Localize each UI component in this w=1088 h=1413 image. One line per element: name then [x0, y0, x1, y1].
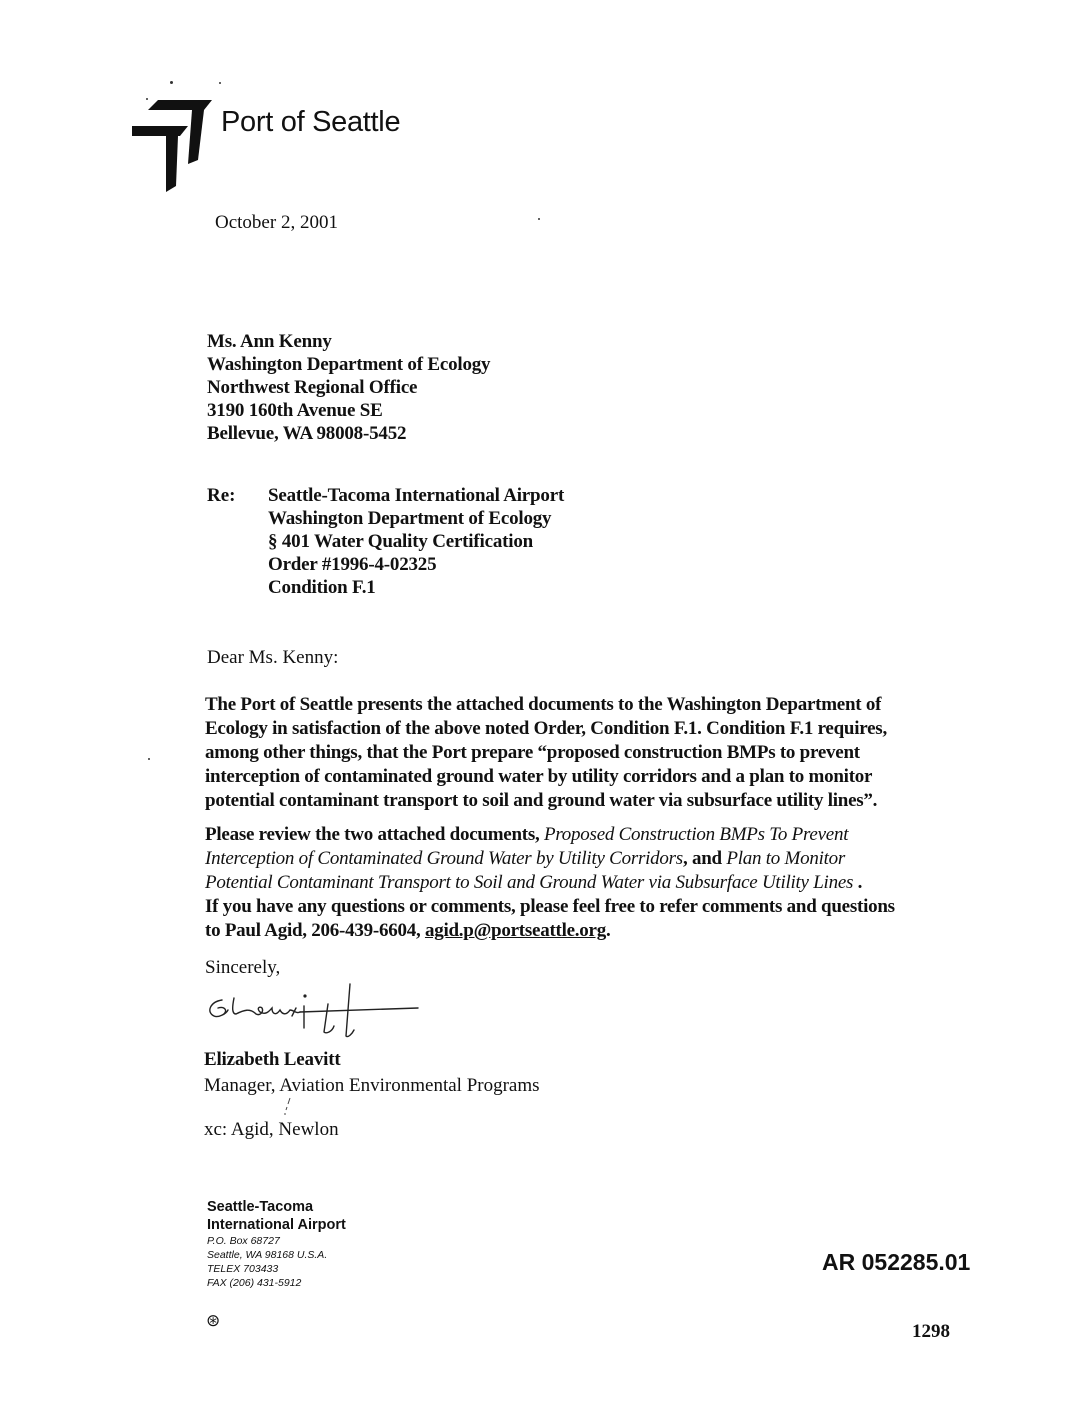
document-title: Interception of Contaminated Ground Wate… — [205, 848, 683, 869]
body-paragraph-2: Please review the two attached documents… — [205, 823, 935, 943]
body-line: Potential Contaminant Transport to Soil … — [205, 871, 935, 895]
stray-mark-icon — [282, 1096, 294, 1116]
document-title: Proposed Construction BMPs To Prevent — [544, 824, 848, 845]
subject-label: Re: — [207, 484, 235, 507]
body-text: to Paul Agid, 206-439-6604, — [205, 920, 425, 941]
footer-address-line: P.O. Box 68727 — [207, 1234, 346, 1248]
scan-speck — [219, 82, 221, 84]
signature-icon — [200, 980, 430, 1050]
document-title: Plan to Monitor — [726, 848, 845, 869]
body-line: Ecology in satisfaction of the above not… — [205, 717, 935, 741]
subject-line: Order #1996-4-02325 — [268, 553, 564, 576]
footer-org-line: International Airport — [207, 1216, 346, 1234]
organization-name: Port of Seattle — [221, 106, 400, 139]
recipient-line: Bellevue, WA 98008-5452 — [207, 422, 490, 445]
document-title: Potential Contaminant Transport to Soil … — [205, 872, 853, 893]
subject-line: Seattle-Tacoma International Airport — [268, 484, 564, 507]
body-line: Please review the two attached documents… — [205, 823, 935, 847]
salutation: Dear Ms. Kenny: — [207, 646, 338, 669]
body-line: If you have any questions or comments, p… — [205, 895, 935, 919]
body-line: The Port of Seattle presents the attache… — [205, 693, 935, 717]
port-of-seattle-logo-icon — [132, 100, 212, 192]
letter-date: October 2, 2001 — [215, 211, 338, 234]
page-number: 1298 — [912, 1320, 950, 1343]
recipient-line: 3190 160th Avenue SE — [207, 399, 490, 422]
body-text: Please review the two attached documents… — [205, 824, 544, 845]
body-text: , and — [683, 848, 726, 869]
body-line: Interception of Contaminated Ground Wate… — [205, 847, 935, 871]
recipient-line: Northwest Regional Office — [207, 376, 490, 399]
scan-speck — [538, 218, 540, 220]
administrative-record-number: AR 052285.01 — [822, 1249, 970, 1276]
email-link[interactable]: agid.p@portseattle.org — [425, 920, 606, 941]
body-text: . — [606, 920, 611, 941]
body-paragraph-1: The Port of Seattle presents the attache… — [205, 693, 935, 813]
subject-line: Washington Department of Ecology — [268, 507, 564, 530]
subject-lines: Seattle-Tacoma International Airport Was… — [268, 484, 564, 599]
recycled-paper-icon: ⊛ — [206, 1311, 220, 1331]
footer-address-line: Seattle, WA 98168 U.S.A. — [207, 1248, 346, 1262]
scan-speck — [170, 81, 173, 84]
signer-title: Manager, Aviation Environmental Programs — [204, 1074, 540, 1097]
subject-line: Condition F.1 — [268, 576, 564, 599]
signer-name: Elizabeth Leavitt — [204, 1048, 340, 1071]
scan-speck — [148, 758, 150, 760]
footer-address-line: FAX (206) 431-5912 — [207, 1276, 346, 1290]
recipient-line: Ms. Ann Kenny — [207, 330, 490, 353]
footer-address: Seattle-Tacoma International Airport P.O… — [207, 1198, 346, 1290]
recipient-line: Washington Department of Ecology — [207, 353, 490, 376]
scan-speck — [146, 98, 148, 100]
body-line: potential contaminant transport to soil … — [205, 789, 935, 813]
footer-org-line: Seattle-Tacoma — [207, 1198, 346, 1216]
body-line: among other things, that the Port prepar… — [205, 741, 935, 765]
body-line: to Paul Agid, 206-439-6604, agid.p@ports… — [205, 919, 935, 943]
body-text: . — [853, 872, 862, 893]
closing: Sincerely, — [205, 956, 280, 979]
subject-line: § 401 Water Quality Certification — [268, 530, 564, 553]
body-line: interception of contaminated ground wate… — [205, 765, 935, 789]
recipient-address: Ms. Ann Kenny Washington Department of E… — [207, 330, 490, 445]
carbon-copy: xc: Agid, Newlon — [204, 1118, 339, 1141]
footer-address-line: TELEX 703433 — [207, 1262, 346, 1276]
